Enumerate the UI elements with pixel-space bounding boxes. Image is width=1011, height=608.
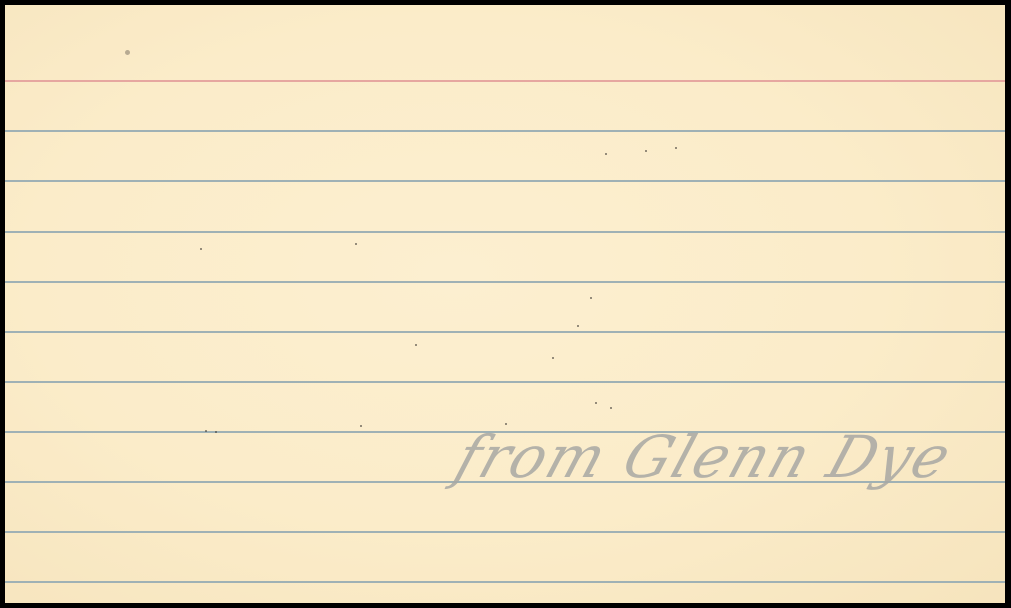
rule-line [5,130,1005,132]
speck [595,402,597,404]
rule-line [5,281,1005,283]
handwritten-signature: from Glenn Dye [431,423,1010,543]
speck [200,248,202,250]
speck [215,431,217,433]
speck [205,430,207,432]
speck [645,150,647,152]
speck [675,147,677,149]
speck [610,407,612,409]
index-card: from Glenn Dye [5,5,1005,603]
speck [590,297,592,299]
speck [355,243,357,245]
speck [125,50,130,55]
speck [552,357,554,359]
speck [605,153,607,155]
speck [360,425,362,427]
speck [415,344,417,346]
rule-line [5,180,1005,182]
rule-line [5,581,1005,583]
rule-line [5,331,1005,333]
rule-line [5,381,1005,383]
rule-line [5,231,1005,233]
header-red-line [5,80,1005,82]
speck [577,325,579,327]
